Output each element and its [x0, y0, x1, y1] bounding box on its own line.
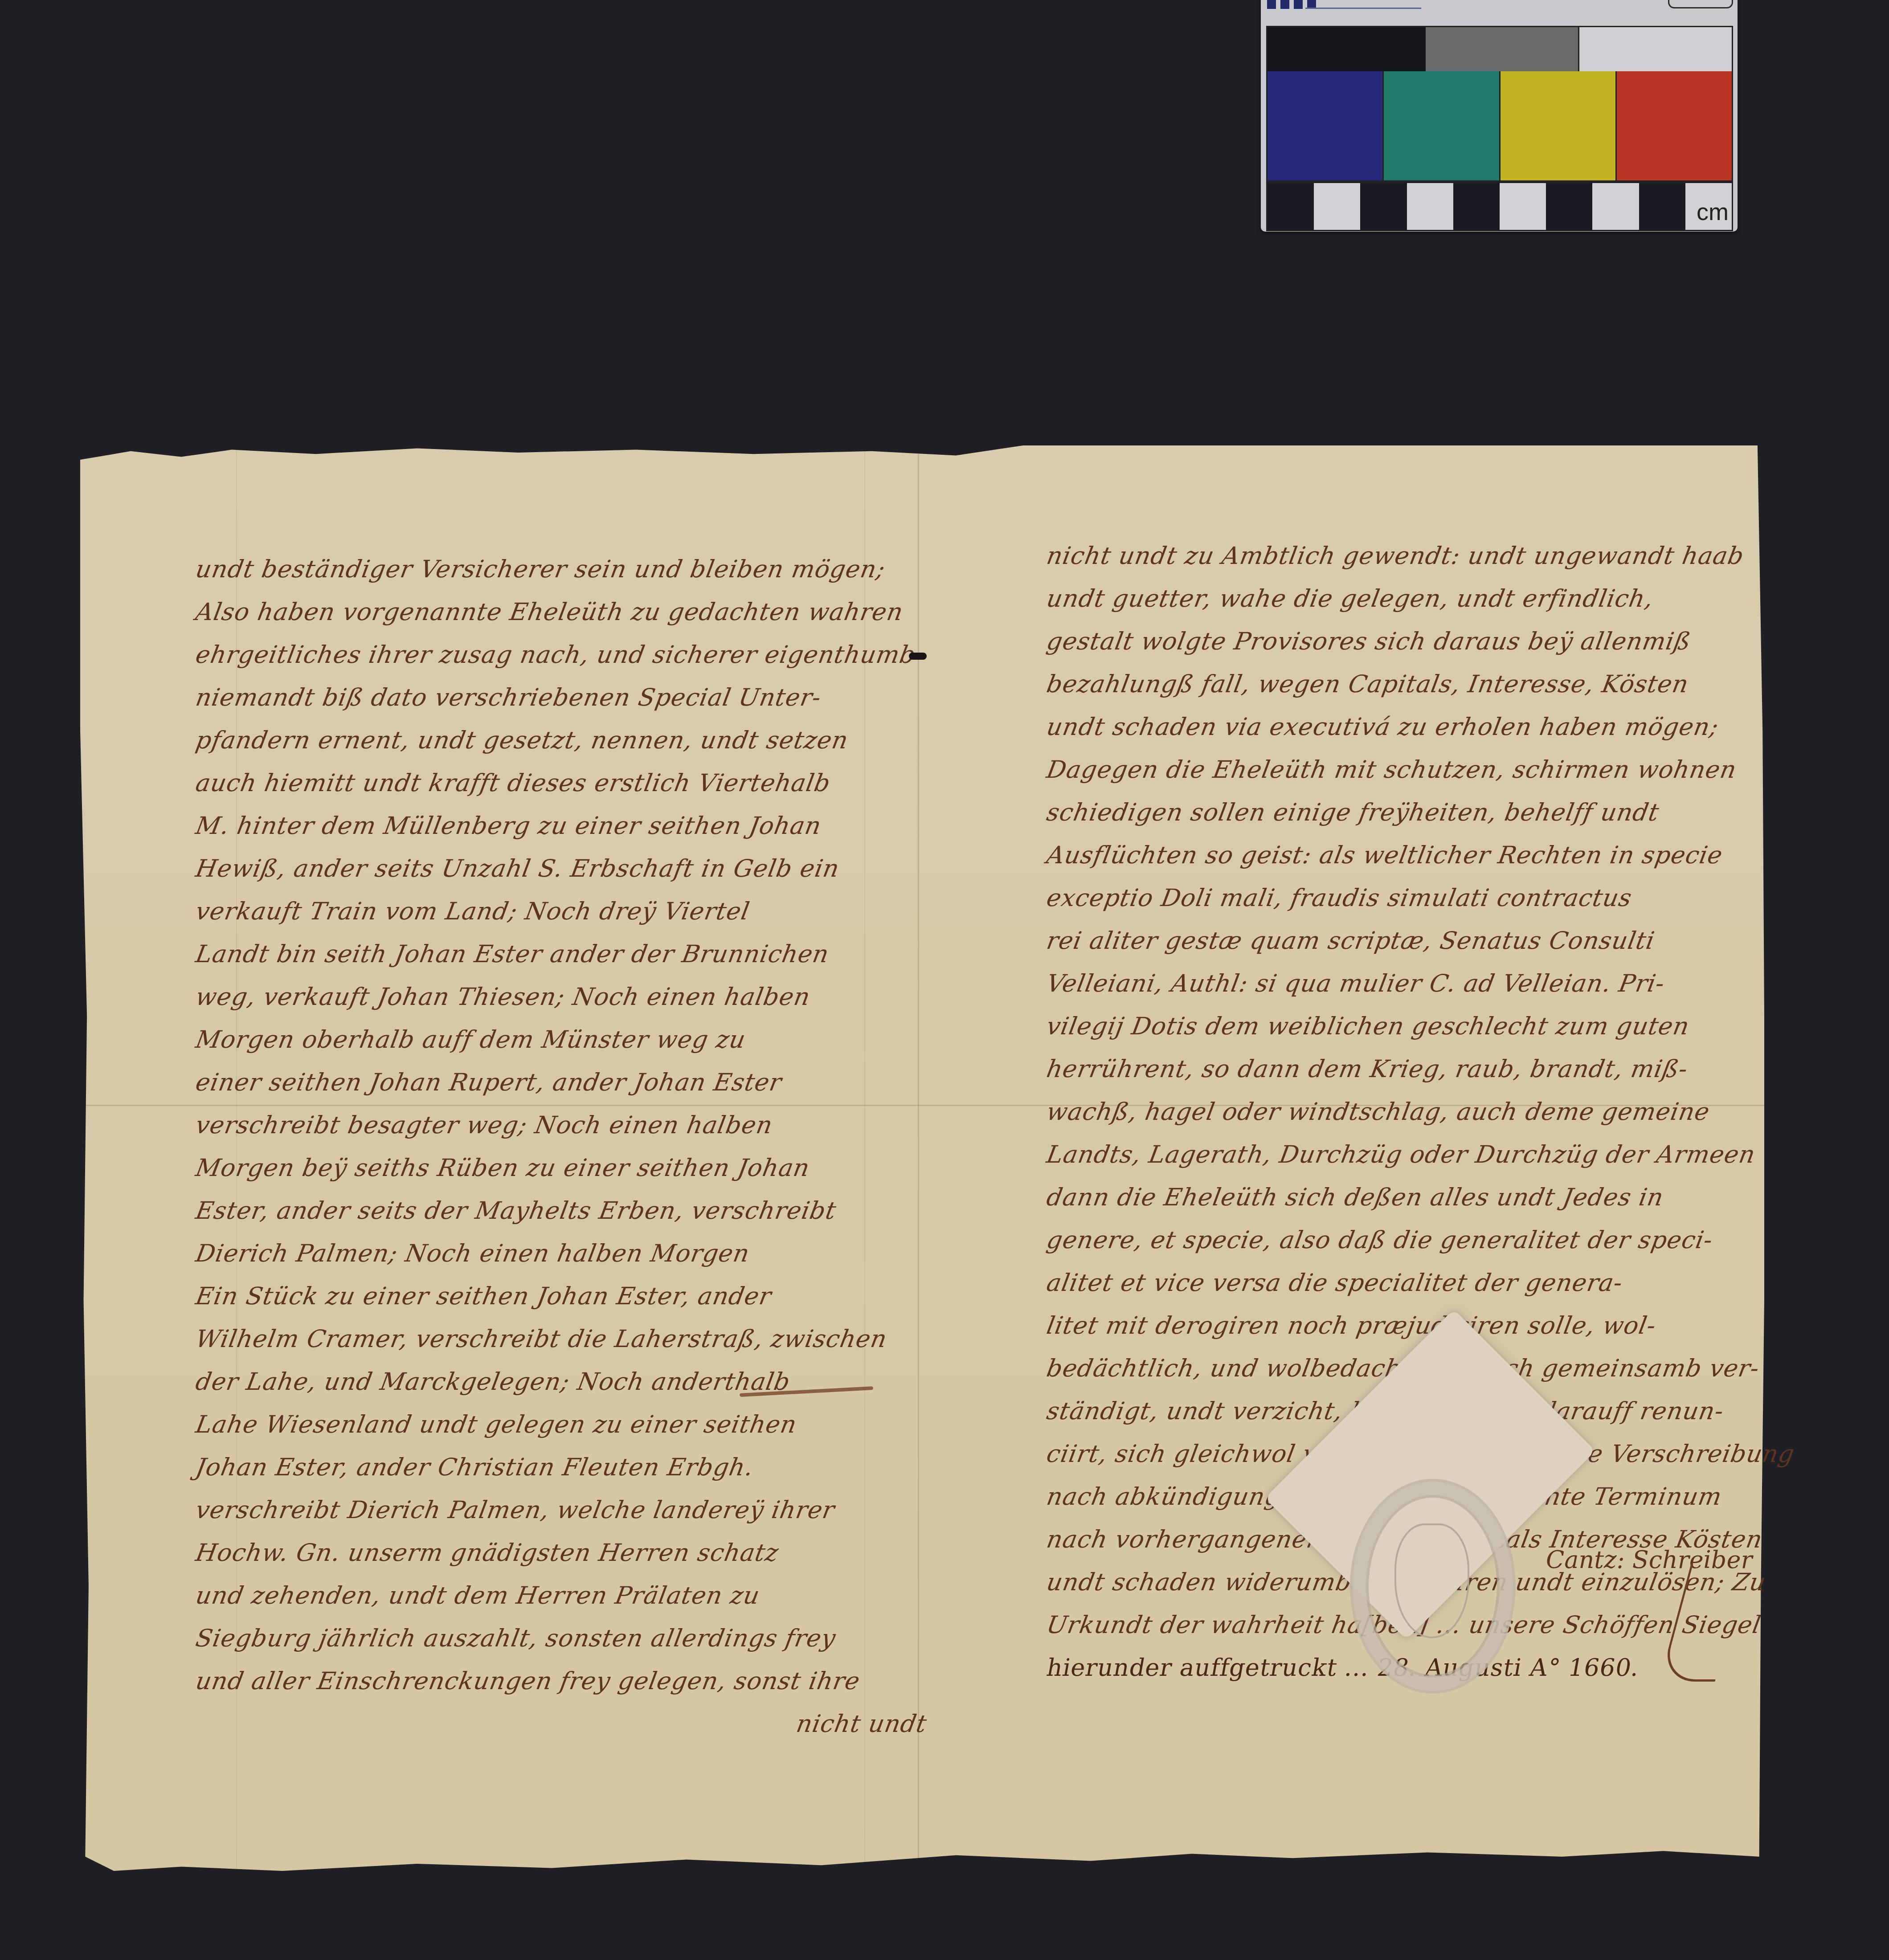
gray-patch-black — [1268, 27, 1426, 72]
text-line: Dagegen die Eheleüth mit schutzen, schir… — [1043, 748, 1799, 791]
card-logo-badge — [1668, 0, 1733, 8]
text-line: verschreibt besagter weg; Noch einen hal… — [192, 1104, 940, 1147]
text-line: gestalt wolgte Provisores sich daraus be… — [1043, 620, 1799, 663]
text-line: niemandt biß dato verschriebenen Special… — [192, 676, 940, 719]
text-line: auch hiemitt undt krafft dieses erstlich… — [192, 762, 940, 804]
left-page-text: undt beständiger Versicherer sein und bl… — [196, 548, 936, 1745]
text-line: Morgen beÿ seiths Rüben zu einer seithen… — [192, 1147, 940, 1189]
ink-blot — [909, 653, 927, 660]
text-line: dann die Eheleüth sich deßen alles undt … — [1043, 1176, 1799, 1219]
catchword: nicht undt — [192, 1703, 940, 1745]
text-line: Landts, Lagerath, Durchzüg oder Durchzüg… — [1043, 1133, 1799, 1176]
text-line: wachß, hagel oder windtschlag, auch deme… — [1043, 1090, 1799, 1133]
text-line: Wilhelm Cramer, verschreibt die Laherstr… — [192, 1318, 940, 1360]
text-line: Ein Stück zu einer seithen Johan Ester, … — [192, 1275, 940, 1318]
text-line: exceptio Doli mali, fraudis simulati con… — [1043, 877, 1799, 919]
text-line: undt schaden via executivá zu erholen ha… — [1043, 706, 1799, 748]
card-rule-line — [1305, 8, 1421, 9]
text-line: Velleiani, Authl: si qua mulier C. ad Ve… — [1043, 962, 1799, 1005]
text-line: Lahe Wiesenland undt gelegen zu einer se… — [192, 1403, 940, 1446]
gray-patch-mid — [1426, 27, 1578, 72]
text-line: M. hinter dem Müllenberg zu einer seithe… — [192, 804, 940, 847]
text-line: genere, et specie, also daß die generali… — [1043, 1219, 1799, 1262]
text-line: Morgen oberhalb auff dem Münster weg zu — [192, 1018, 940, 1061]
color-calibration-card: cm — [1261, 0, 1738, 232]
text-line: Dierich Palmen; Noch einen halben Morgen — [192, 1232, 940, 1275]
text-line: alitet et vice versa die specialitet der… — [1043, 1262, 1799, 1304]
text-line: einer seithen Johan Rupert, ander Johan … — [192, 1061, 940, 1104]
text-line: und aller Einschrenckungen frey gelegen,… — [192, 1660, 940, 1703]
color-patch-yellow — [1501, 71, 1615, 180]
text-line: rei aliter gestæ quam scriptæ, Senatus C… — [1043, 919, 1799, 962]
color-patch-red — [1617, 71, 1732, 180]
color-patch-blue — [1268, 71, 1382, 180]
text-line: Also haben vorgenannte Eheleüth zu gedac… — [192, 591, 940, 633]
text-line: Johan Ester, ander Christian Fleuten Erb… — [192, 1446, 940, 1489]
centimeter-scale — [1266, 182, 1733, 231]
text-line: und zehenden, undt dem Herren Prälaten z… — [192, 1574, 940, 1617]
color-patches — [1266, 71, 1733, 182]
text-line: Ausflüchten so geist: als weltlicher Rec… — [1043, 834, 1799, 877]
text-line: herrührent, so dann dem Krieg, raub, bra… — [1043, 1048, 1799, 1090]
seal-coat-of-arms-icon — [1394, 1523, 1469, 1638]
text-line: nicht undt zu Ambtlich gewendt: undt ung… — [1043, 535, 1799, 577]
color-patch-green — [1384, 71, 1499, 180]
text-line: ehrgeitliches ihrer zusag nach, und sich… — [192, 633, 940, 676]
gray-patch-white — [1578, 27, 1732, 72]
text-line: undt guetter, wahe die gelegen, undt erf… — [1043, 577, 1799, 620]
grayscale-patches — [1266, 26, 1733, 73]
text-line: schiedigen sollen einige freÿheiten, beh… — [1043, 791, 1799, 834]
text-line: weg, verkauft Johan Thiesen; Noch einen … — [192, 976, 940, 1018]
text-line: litet mit derogiren noch præjudiciren so… — [1043, 1304, 1799, 1347]
text-line: bezahlungß fall, wegen Capitals, Interes… — [1043, 663, 1799, 706]
text-line: der Lahe, und Marckgelegen; Noch anderth… — [192, 1360, 940, 1403]
text-line: vilegij Dotis dem weiblichen geschlecht … — [1043, 1005, 1799, 1048]
text-line: undt beständiger Versicherer sein und bl… — [192, 548, 940, 591]
text-line: verkauft Train vom Land; Noch dreÿ Viert… — [192, 890, 940, 933]
text-line: Hochw. Gn. unserm gnädigsten Herren scha… — [192, 1531, 940, 1574]
text-line: Ester, ander seits der Mayhelts Erben, v… — [192, 1189, 940, 1232]
text-line: pfandern ernent, undt gesetzt, nennen, u… — [192, 719, 940, 762]
cm-label: cm — [1697, 198, 1729, 226]
text-line: Siegburg jährlich auszahlt, sonsten alle… — [192, 1617, 940, 1660]
text-line: Hewiß, ander seits Unzahl S. Erbschaft i… — [192, 847, 940, 890]
text-line: verschreibt Dierich Palmen, welche lande… — [192, 1489, 940, 1531]
text-line: Landt bin seith Johan Ester ander der Br… — [192, 933, 940, 976]
